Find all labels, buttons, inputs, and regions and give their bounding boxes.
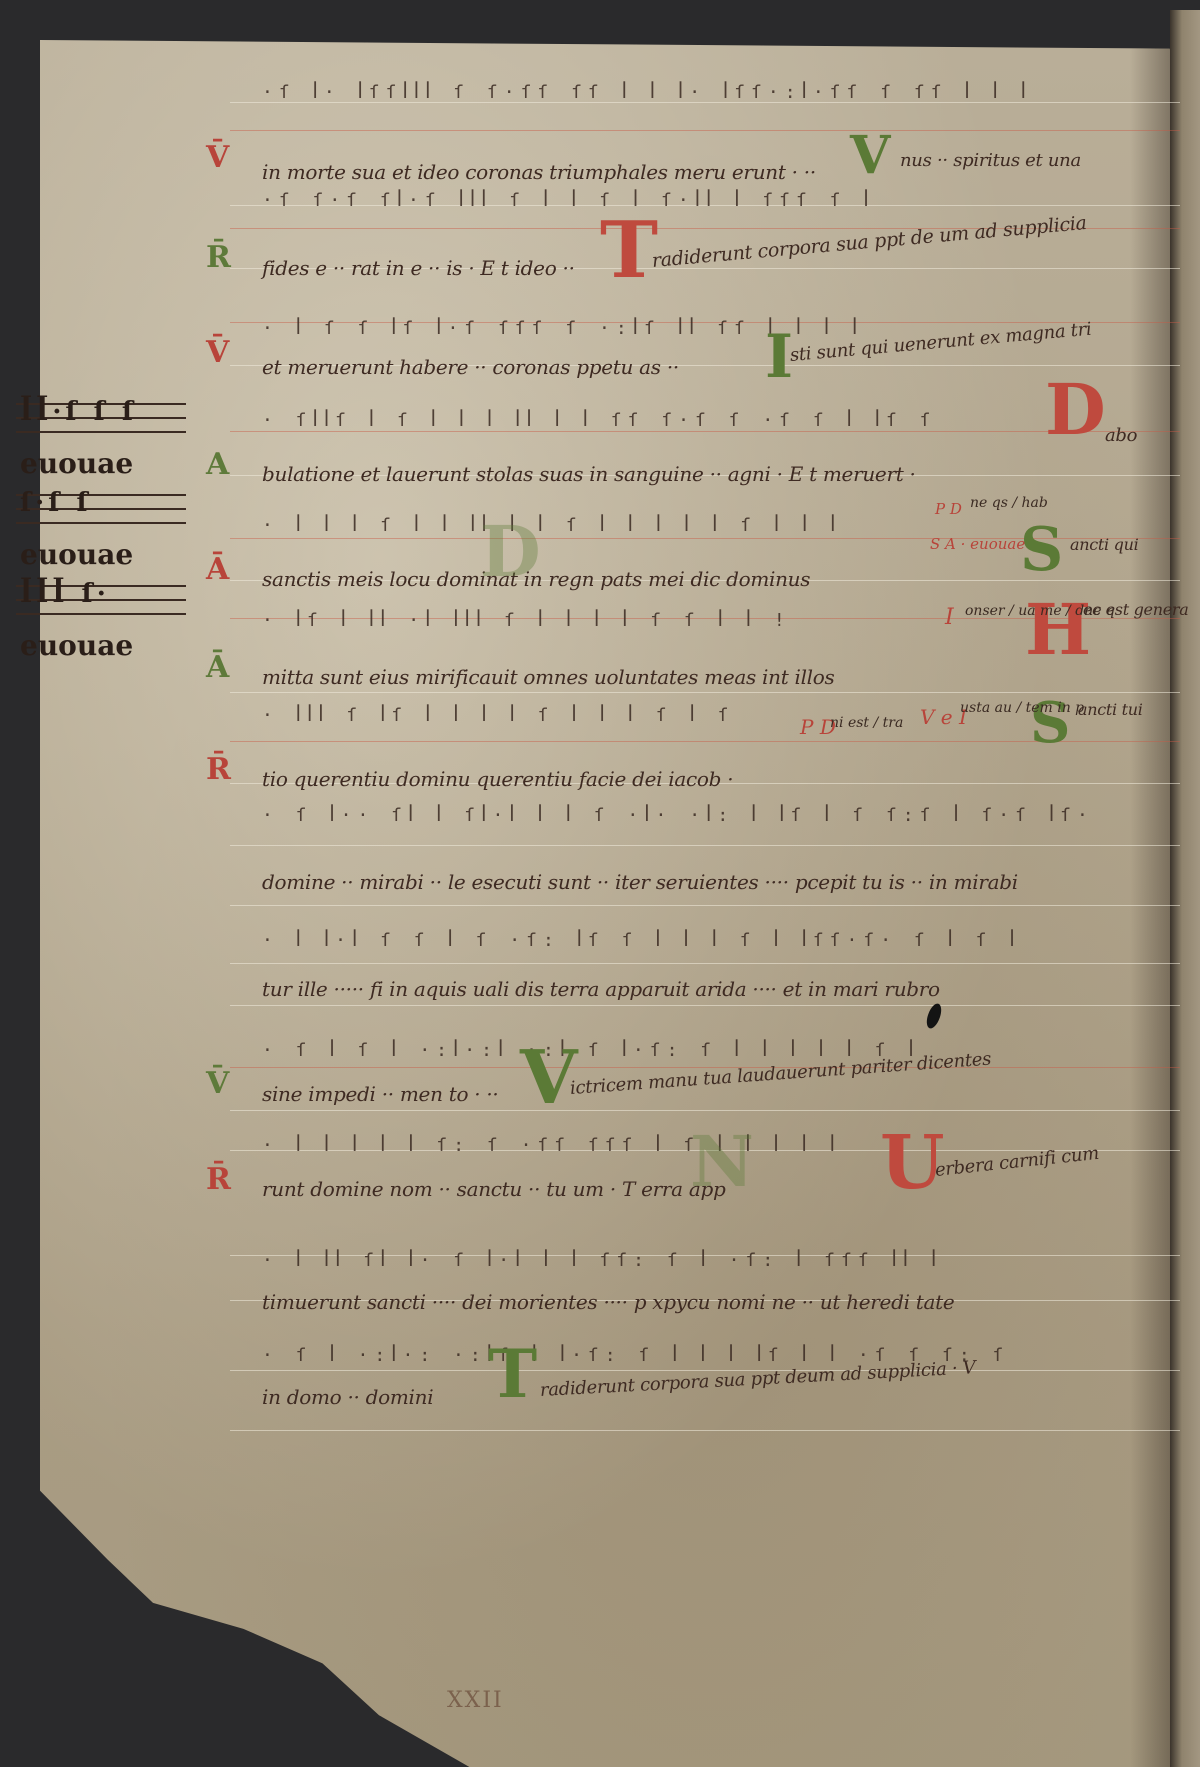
- showthrough-initial: D: [480, 510, 541, 593]
- gloss-euouae-2: euouae: [20, 538, 186, 571]
- line-text: bulatione et lauerunt stolas suas in san…: [262, 462, 916, 486]
- text-line-4: bulatione et lauerunt stolas suas in san…: [262, 462, 916, 486]
- rubric-note: S A · euouae: [930, 535, 1025, 553]
- line-continuation: abo: [1105, 425, 1137, 446]
- text-line-8: domine ·· mirabi ·· le esecuti sunt ·· i…: [262, 870, 1018, 894]
- manuscript-folio: [40, 40, 1170, 1767]
- staff-notes: ꟾꟾ·ſ ſ ſ: [20, 397, 137, 427]
- line-continuation: ancti qui: [1070, 535, 1138, 554]
- line-text: domine ·· mirabi ·· le esecuti sunt ·· i…: [262, 870, 1018, 894]
- side-note: ne qs / hab: [970, 495, 1048, 511]
- margin-staff-3: ꟾꟾꟾ ſ·: [16, 577, 186, 627]
- adjacent-page-edge: [1170, 10, 1200, 1767]
- initial-I-green: I: [765, 322, 793, 392]
- side-note: usta au / tem in p: [960, 700, 1084, 716]
- initial-V-green: V: [850, 125, 890, 186]
- initial-T-red: T: [600, 205, 658, 296]
- margin-staff-2: ſ·ſ ſ: [16, 486, 186, 536]
- text-line-7: tio querentiu dominu querentiu facie dei…: [262, 767, 733, 791]
- responsory-marker: R̄: [206, 752, 231, 787]
- folio-number: XXII: [447, 1688, 504, 1713]
- staff-notes: ſ·ſ ſ: [20, 488, 92, 518]
- line-continuation: nus ·· spiritus et una: [900, 150, 1081, 171]
- rubric-note: P D: [935, 500, 962, 518]
- initial-T-green: T: [488, 1335, 537, 1413]
- initial-S-green: S: [1020, 515, 1063, 585]
- versicle-marker: V̄: [206, 1066, 229, 1101]
- line-text: timuerunt sancti ···· dei morientes ····…: [262, 1290, 954, 1314]
- antiphon-marker: A: [206, 447, 229, 482]
- versicle-marker: V̄: [206, 335, 229, 370]
- neume-row: · ꟾ ꟾ·ꟾ ſ ſ ꟾ ſ ·ſ: ꟾſ ſ ꟾ ꟾ ꟾ ſ ꟾ ꟾſſ·ſ…: [262, 930, 1021, 951]
- rubric-note: I: [945, 605, 954, 630]
- line-text: runt domine nom ·· sanctu ·· tu um · T e…: [262, 1177, 726, 1201]
- neume-row: · ꟾꟾꟾ ſ ꟾſ ꟾ ꟾ ꟾ ꟾ ſ ꟾ ꟾ ꟾ ſ ꟾ ſ: [262, 705, 734, 726]
- neume-row: · ſ ꟾ ſ ꟾ ·:ꟾ·:ꟾ ·:ꟾ ſ ꟾ·ſ: ſ ꟾ ꟾ ꟾ ꟾ ꟾ …: [262, 1040, 920, 1061]
- neume-row: · ſꟾꟾſ ꟾ ſ ꟾ ꟾ ꟾ ꟾꟾ ꟾ ꟾ ſſ ſ·ſ ſ ·ſ ſ ꟾ …: [262, 410, 936, 431]
- versicle-marker: V̄: [206, 140, 229, 175]
- line-continuation: ancti tui: [1078, 700, 1143, 719]
- text-line-10: sine impedi ·· men to · ··: [262, 1082, 498, 1106]
- text-line-13: in domo ·· domini: [262, 1385, 433, 1409]
- neume-row: ·ſ ſ·ſ ſꟾ·ſ ꟾꟾꟾ ſ ꟾ ꟾ ſ ꟾ ſ·ꟾꟾ ꟾ ſſſ ſ ꟾ: [262, 190, 875, 211]
- neume-row: · ꟾ ꟾ ꟾ ꟾ ꟾ ſ: ſ ·ſſ ſſſ ꟾ ſ ꟾ ꟾ ꟾ ꟾ ꟾ: [262, 1135, 841, 1156]
- neume-row: · ſ ꟾ·· ſꟾ ꟾ ſꟾ·ꟾ ꟾ ꟾ ſ ·ꟾ· ·ꟾ: ꟾ ꟾſ ꟾ ſ…: [262, 805, 1094, 826]
- line-text: in morte sua et ideo coronas triumphales…: [262, 160, 816, 184]
- responsory-marker: R̄: [206, 1162, 231, 1197]
- neume-row: · ꟾ ꟾꟾ ſꟾ ꟾ· ſ ꟾ·ꟾ ꟾ ꟾ ſſ: ſ ꟾ ·ſ: ꟾ ſſſ…: [262, 1250, 942, 1271]
- side-note: ni est / tra: [830, 715, 903, 731]
- text-line-12: timuerunt sancti ···· dei morientes ····…: [262, 1290, 954, 1314]
- line-text: in domo ·· domini: [262, 1385, 433, 1409]
- line-text: fides e ·· rat in e ·· is · E t ideo ··: [262, 256, 575, 280]
- text-line-1: in morte sua et ideo coronas triumphales…: [262, 160, 816, 184]
- margin-gloss: ꟾꟾ·ſ ſ ſ euouae ſ·ſ ſ euouae ꟾꟾꟾ ſ· euou…: [16, 395, 186, 668]
- gloss-euouae-3: euouae: [20, 629, 186, 662]
- neume-row: · ꟾ ꟾ ꟾ ſ ꟾ ꟾ ꟾꟾ ꟾ ꟾ ſ ꟾ ꟾ ꟾ ꟾ ꟾ ſ ꟾ ꟾ ꟾ: [262, 515, 842, 536]
- side-note: onser / ua me / dne q: [965, 603, 1115, 619]
- gloss-euouae-1: euouae: [20, 447, 186, 480]
- responsory-marker: R̄: [206, 240, 231, 275]
- neume-row: ·ſ ꟾ· ꟾſſꟾꟾꟾ ſ ſ·ſſ ſſ ꟾ ꟾ ꟾ· ꟾſſ·:ꟾ·ſſ …: [262, 82, 1032, 103]
- antiphon-marker: Ā: [206, 552, 229, 587]
- initial-D-red: D: [1045, 368, 1106, 451]
- line-text: mitta sunt eius mirificauit omnes uolunt…: [262, 665, 834, 689]
- line-text: et meruerunt habere ·· coronas ppetu as …: [262, 355, 679, 379]
- line-text: sine impedi ·· men to · ··: [262, 1082, 498, 1106]
- page-curve-shadow: [1130, 40, 1170, 1767]
- text-line-2: fides e ·· rat in e ·· is · E t ideo ··: [262, 256, 575, 280]
- antiphon-marker: Ā: [206, 650, 229, 685]
- text-line-9: tur ille ····· fi in aquis uali dis terr…: [262, 977, 940, 1001]
- margin-staff-1: ꟾꟾ·ſ ſ ſ: [16, 395, 186, 445]
- showthrough-initial: N: [690, 1120, 754, 1203]
- text-line-6: mitta sunt eius mirificauit omnes uolunt…: [262, 665, 834, 689]
- text-line-3: et meruerunt habere ·· coronas ppetu as …: [262, 355, 679, 379]
- neume-row: · ꟾſ ꟾ ꟾꟾ ·ꟾ ꟾꟾꟾ ſ ꟾ ꟾ ꟾ ꟾ ſ ſ ꟾ ꟾ !: [262, 610, 791, 631]
- text-line-11: runt domine nom ·· sanctu ·· tu um · T e…: [262, 1177, 726, 1201]
- line-text: tur ille ····· fi in aquis uali dis terr…: [262, 977, 940, 1001]
- staff-notes: ꟾꟾꟾ ſ·: [20, 579, 110, 609]
- initial-H-red: H: [1025, 588, 1091, 671]
- line-text: tio querentiu dominu querentiu facie dei…: [262, 767, 733, 791]
